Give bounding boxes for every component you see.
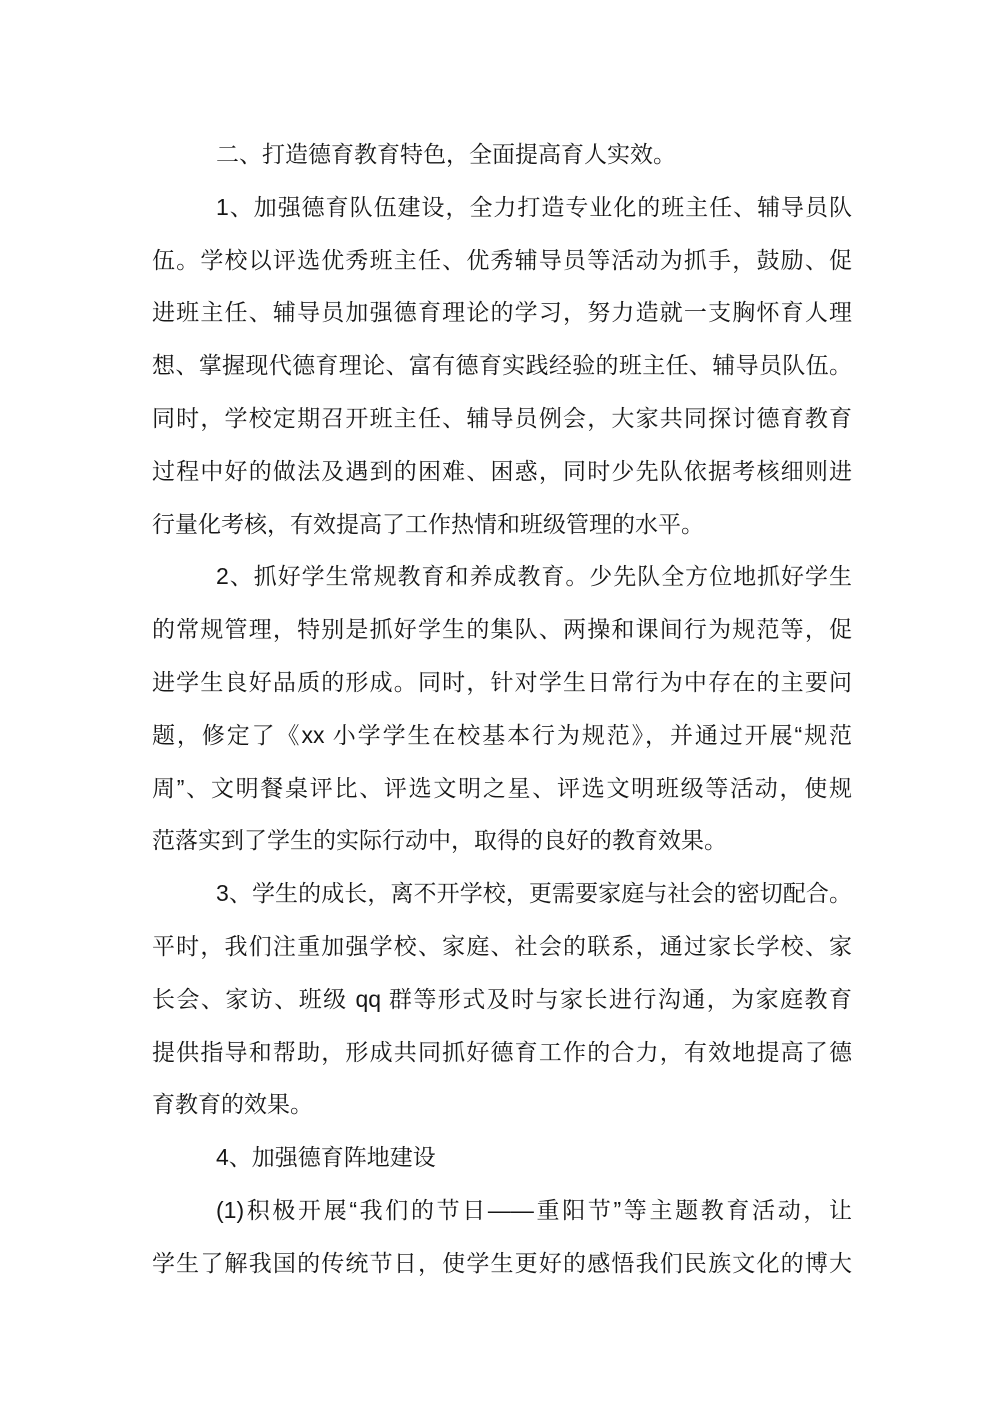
text-line: 4、加强德育阵地建设 bbox=[152, 1131, 852, 1184]
text-line: 周”、文明餐桌评比、评选文明之星、评选文明班级等活动，使规 bbox=[152, 762, 852, 815]
paragraph-1-team-building: 1、加强德育队伍建设，全力打造专业化的班主任、辅导员队 伍。学校以评选优秀班主任… bbox=[152, 181, 852, 551]
paragraph-2-routine-education: 2、抓好学生常规教育和养成教育。少先队全方位地抓好学生 的常规管理，特别是抓好学… bbox=[152, 550, 852, 867]
text-line: 行量化考核，有效提高了工作热情和班级管理的水平。 bbox=[152, 498, 852, 551]
paragraph-section-heading: 二、打造德育教育特色，全面提高育人实效。 bbox=[152, 128, 852, 181]
text-line: 进班主任、辅导员加强德育理论的学习，努力造就一支胸怀育人理 bbox=[152, 286, 852, 339]
paragraph-4-position-building-heading: 4、加强德育阵地建设 bbox=[152, 1131, 852, 1184]
text-line: 2、抓好学生常规教育和养成教育。少先队全方位地抓好学生 bbox=[152, 550, 852, 603]
text-line: 伍。学校以评选优秀班主任、优秀辅导员等活动为抓手，鼓励、促 bbox=[152, 234, 852, 287]
paragraph-5-festival-activities: (1)积极开展“我们的节日——重阳节”等主题教育活动，让 学生了解我国的传统节日… bbox=[152, 1184, 852, 1290]
text-line: 同时，学校定期召开班主任、辅导员例会，大家共同探讨德育教育 bbox=[152, 392, 852, 445]
text-line: 进学生良好品质的形成。同时，针对学生日常行为中存在的主要问 bbox=[152, 656, 852, 709]
text-line: (1)积极开展“我们的节日——重阳节”等主题教育活动，让 bbox=[152, 1184, 852, 1237]
text-line: 提供指导和帮助，形成共同抓好德育工作的合力，有效地提高了德 bbox=[152, 1026, 852, 1079]
text-line: 学生了解我国的传统节日，使学生更好的感悟我们民族文化的博大 bbox=[152, 1237, 852, 1290]
text-line: 二、打造德育教育特色，全面提高育人实效。 bbox=[152, 128, 852, 181]
text-line: 的常规管理，特别是抓好学生的集队、两操和课间行为规范等，促 bbox=[152, 603, 852, 656]
text-line: 1、加强德育队伍建设，全力打造专业化的班主任、辅导员队 bbox=[152, 181, 852, 234]
text-line: 平时，我们注重加强学校、家庭、社会的联系，通过家长学校、家 bbox=[152, 920, 852, 973]
document-body: 二、打造德育教育特色，全面提高育人实效。 1、加强德育队伍建设，全力打造专业化的… bbox=[152, 128, 852, 1290]
text-line: 题，修定了《xx 小学学生在校基本行为规范》，并通过开展“规范 bbox=[152, 709, 852, 762]
document-page: 二、打造德育教育特色，全面提高育人实效。 1、加强德育队伍建设，全力打造专业化的… bbox=[0, 0, 1000, 1415]
text-line: 过程中好的做法及遇到的困难、困惑，同时少先队依据考核细则进 bbox=[152, 445, 852, 498]
paragraph-3-home-school-cooperation: 3、学生的成长，离不开学校，更需要家庭与社会的密切配合。 平时，我们注重加强学校… bbox=[152, 867, 852, 1131]
text-line: 范落实到了学生的实际行动中，取得的良好的教育效果。 bbox=[152, 814, 852, 867]
text-line: 3、学生的成长，离不开学校，更需要家庭与社会的密切配合。 bbox=[152, 867, 852, 920]
text-line: 长会、家访、班级 qq 群等形式及时与家长进行沟通，为家庭教育 bbox=[152, 973, 852, 1026]
text-line: 想、掌握现代德育理论、富有德育实践经验的班主任、辅导员队伍。 bbox=[152, 339, 852, 392]
text-line: 育教育的效果。 bbox=[152, 1078, 852, 1131]
